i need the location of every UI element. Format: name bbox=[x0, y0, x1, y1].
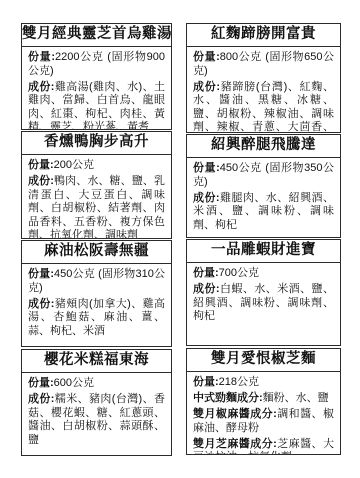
serving-row: 份量:700公克 bbox=[193, 267, 334, 281]
ingredients-label: 成份: bbox=[28, 298, 54, 310]
serving-row: 份量:450公克 (固形物350公克) bbox=[193, 162, 334, 189]
serving-label: 份量: bbox=[28, 159, 54, 171]
ingredients-label: 成份: bbox=[193, 283, 220, 295]
ingredients-label: 成份: bbox=[193, 192, 220, 204]
ingredients-row: 成份:雞腿肉、水、紹興酒、米酒、鹽、調味粉、調味劑、枸杞 bbox=[193, 192, 334, 233]
product-body: 份量:450公克 (固形物310公克) 成份:豬頰肉(加拿大)、雞高湯、杏鮑菇、… bbox=[22, 264, 171, 338]
serving-value: 200公克 bbox=[54, 159, 94, 171]
ingredients-label: 成份: bbox=[28, 81, 54, 93]
product-card-red-yeast-pork-knuckle: 紅麴蹄膀開富貴 份量:800公克 (固形物650公克) 成份:豬蹄膀(台灣)、紅… bbox=[186, 23, 341, 133]
product-body: 份量:450公克 (固形物350公克) 成份:雞腿肉、水、紹興酒、米酒、鹽、調味… bbox=[187, 158, 340, 232]
product-body: 份量:700公克 成份:白蝦、水、米酒、鹽、紹興酒、調味粉、調味劑、枸杞 bbox=[187, 263, 340, 324]
product-card-lingzhi-chicken-soup: 雙月經典靈芝首烏雞湯 份量:2200公克 (固形物900公克) 成份:雞高湯(雞… bbox=[21, 23, 172, 130]
product-body: 份量:800公克 (固形物650公克) 成份:豬蹄膀(台灣)、紅麴、水、醬油、黑… bbox=[187, 47, 340, 133]
serving-row: 份量:800公克 (固形物650公克) bbox=[193, 51, 334, 78]
product-title: 紹興醉腿飛騰達 bbox=[187, 135, 340, 158]
serving-label: 份量: bbox=[28, 51, 55, 63]
ingredients-label: 成份: bbox=[28, 175, 54, 187]
ingredients-row: 成份:雞高湯(雞肉、水)、土雞肉、當歸、白首烏、龍眼肉、紅棗、枸杞、肉桂、黃精、… bbox=[28, 81, 165, 131]
product-title: 雙月愛恨椒芝麵 bbox=[187, 349, 340, 372]
serving-label: 份量: bbox=[28, 268, 54, 280]
serving-row: 份量:2200公克 (固形物900公克) bbox=[28, 51, 165, 78]
serving-row: 份量:450公克 (固形物310公克) bbox=[28, 268, 165, 295]
product-title: 雙月經典靈芝首烏雞湯 bbox=[22, 24, 171, 47]
serving-value: 600公克 bbox=[54, 377, 94, 389]
serving-label: 份量: bbox=[193, 376, 219, 388]
serving-row: 份量:200公克 bbox=[28, 159, 165, 173]
serving-label: 份量: bbox=[193, 267, 219, 279]
product-body: 份量:600公克 成份:糯米、豬肉(台灣)、香菇、櫻花蝦、糖、紅蔥頭、醬油、白胡… bbox=[22, 373, 171, 447]
product-title: 櫻花米糕福東海 bbox=[22, 350, 171, 373]
product-card-shaoxing-drunken-chicken-leg: 紹興醉腿飛騰達 份量:450公克 (固形物350公克) 成份:雞腿肉、水、紹興酒… bbox=[186, 134, 341, 238]
serving-row: 份量:218公克 bbox=[193, 376, 334, 390]
right-column: 紅麴蹄膀開富貴 份量:800公克 (固形物650公克) 成份:豬蹄膀(台灣)、紅… bbox=[186, 23, 341, 455]
noodle-ingredients-label: 中式勁麵成分: bbox=[193, 392, 263, 404]
sesame-sauce-ingredients-row: 雙月芝麻醬成分:芝麻醬、大豆沙拉油、抗氧化劑 bbox=[193, 438, 334, 456]
ingredients-label: 成份: bbox=[193, 81, 220, 93]
product-title: 一品雕蝦財進寶 bbox=[187, 240, 340, 263]
serving-value: 700公克 bbox=[219, 267, 259, 279]
left-column: 雙月經典靈芝首烏雞湯 份量:2200公克 (固形物900公克) 成份:雞高湯(雞… bbox=[21, 23, 172, 456]
product-body: 份量:2200公克 (固形物900公克) 成份:雞高湯(雞肉、水)、土雞肉、當歸… bbox=[22, 47, 171, 130]
product-card-sesame-oil-pork-jowl: 麻油松阪壽無疆 份量:450公克 (固形物310公克) 成份:豬頰肉(加拿大)、… bbox=[21, 240, 172, 347]
ingredients-row: 成份:豬蹄膀(台灣)、紅麴、水、醬油、黑糖、冰糖、鹽、胡椒粉、辣椒油、調味劑、辣… bbox=[193, 81, 334, 134]
product-card-smoked-duck-breast: 香燻鴨胸步高升 份量:200公克 成份:鴨肉、水、糖、鹽、乳清蛋白、大豆蛋白、調… bbox=[21, 131, 172, 239]
noodle-ingredients-row: 中式勁麵成分:麵粉、水、鹽 bbox=[193, 392, 334, 406]
serving-row: 份量:600公克 bbox=[28, 377, 165, 391]
ingredients-label: 成份: bbox=[28, 393, 54, 405]
pepper-sauce-ingredients-label: 雙月椒麻醬成分: bbox=[193, 408, 277, 420]
ingredients-row: 成份:鴨肉、水、糖、鹽、乳清蛋白、大豆蛋白、調味劑、白胡椒粉、結著劑、肉品香料、… bbox=[28, 175, 165, 239]
product-title: 麻油松阪壽無疆 bbox=[22, 241, 171, 264]
noodle-ingredients-value: 麵粉、水、鹽 bbox=[263, 392, 329, 404]
pepper-sauce-ingredients-row: 雙月椒麻醬成分:調和醬、椒麻油、酵母粉 bbox=[193, 408, 334, 435]
serving-label: 份量: bbox=[193, 162, 220, 174]
sesame-sauce-ingredients-label: 雙月芝麻醬成分: bbox=[193, 438, 277, 450]
ingredient-label-sheet: 雙月經典靈芝首烏雞湯 份量:2200公克 (固形物900公克) 成份:雞高湯(雞… bbox=[0, 0, 360, 478]
ingredients-row: 成份:豬頰肉(加拿大)、雞高湯、杏鮑菇、麻油、薑、蒜、枸杞、米酒 bbox=[28, 298, 165, 339]
product-body: 份量:218公克 中式勁麵成分:麵粉、水、鹽 雙月椒麻醬成分:調和醬、椒麻油、酵… bbox=[187, 372, 340, 455]
product-title: 香燻鴨胸步高升 bbox=[22, 132, 171, 155]
ingredients-row: 成份:白蝦、水、米酒、鹽、紹興酒、調味粉、調味劑、枸杞 bbox=[193, 283, 334, 324]
serving-value: 218公克 bbox=[219, 376, 259, 388]
product-card-sakura-shrimp-rice-cake: 櫻花米糕福東海 份量:600公克 成份:糯米、豬肉(台灣)、香菇、櫻花蝦、糖、紅… bbox=[21, 349, 172, 456]
ingredients-row: 成份:糯米、豬肉(台灣)、香菇、櫻花蝦、糖、紅蔥頭、醬油、白胡椒粉、蒜頭酥、鹽 bbox=[28, 393, 165, 447]
product-card-pepper-sesame-noodles: 雙月愛恨椒芝麵 份量:218公克 中式勁麵成分:麵粉、水、鹽 雙月椒麻醬成分:調… bbox=[186, 348, 341, 455]
serving-label: 份量: bbox=[28, 377, 54, 389]
product-title: 紅麴蹄膀開富貴 bbox=[187, 24, 340, 47]
serving-label: 份量: bbox=[193, 51, 220, 63]
product-body: 份量:200公克 成份:鴨肉、水、糖、鹽、乳清蛋白、大豆蛋白、調味劑、白胡椒粉、… bbox=[22, 155, 171, 239]
product-card-diao-wine-shrimp: 一品雕蝦財進寶 份量:700公克 成份:白蝦、水、米酒、鹽、紹興酒、調味粉、調味… bbox=[186, 239, 341, 346]
